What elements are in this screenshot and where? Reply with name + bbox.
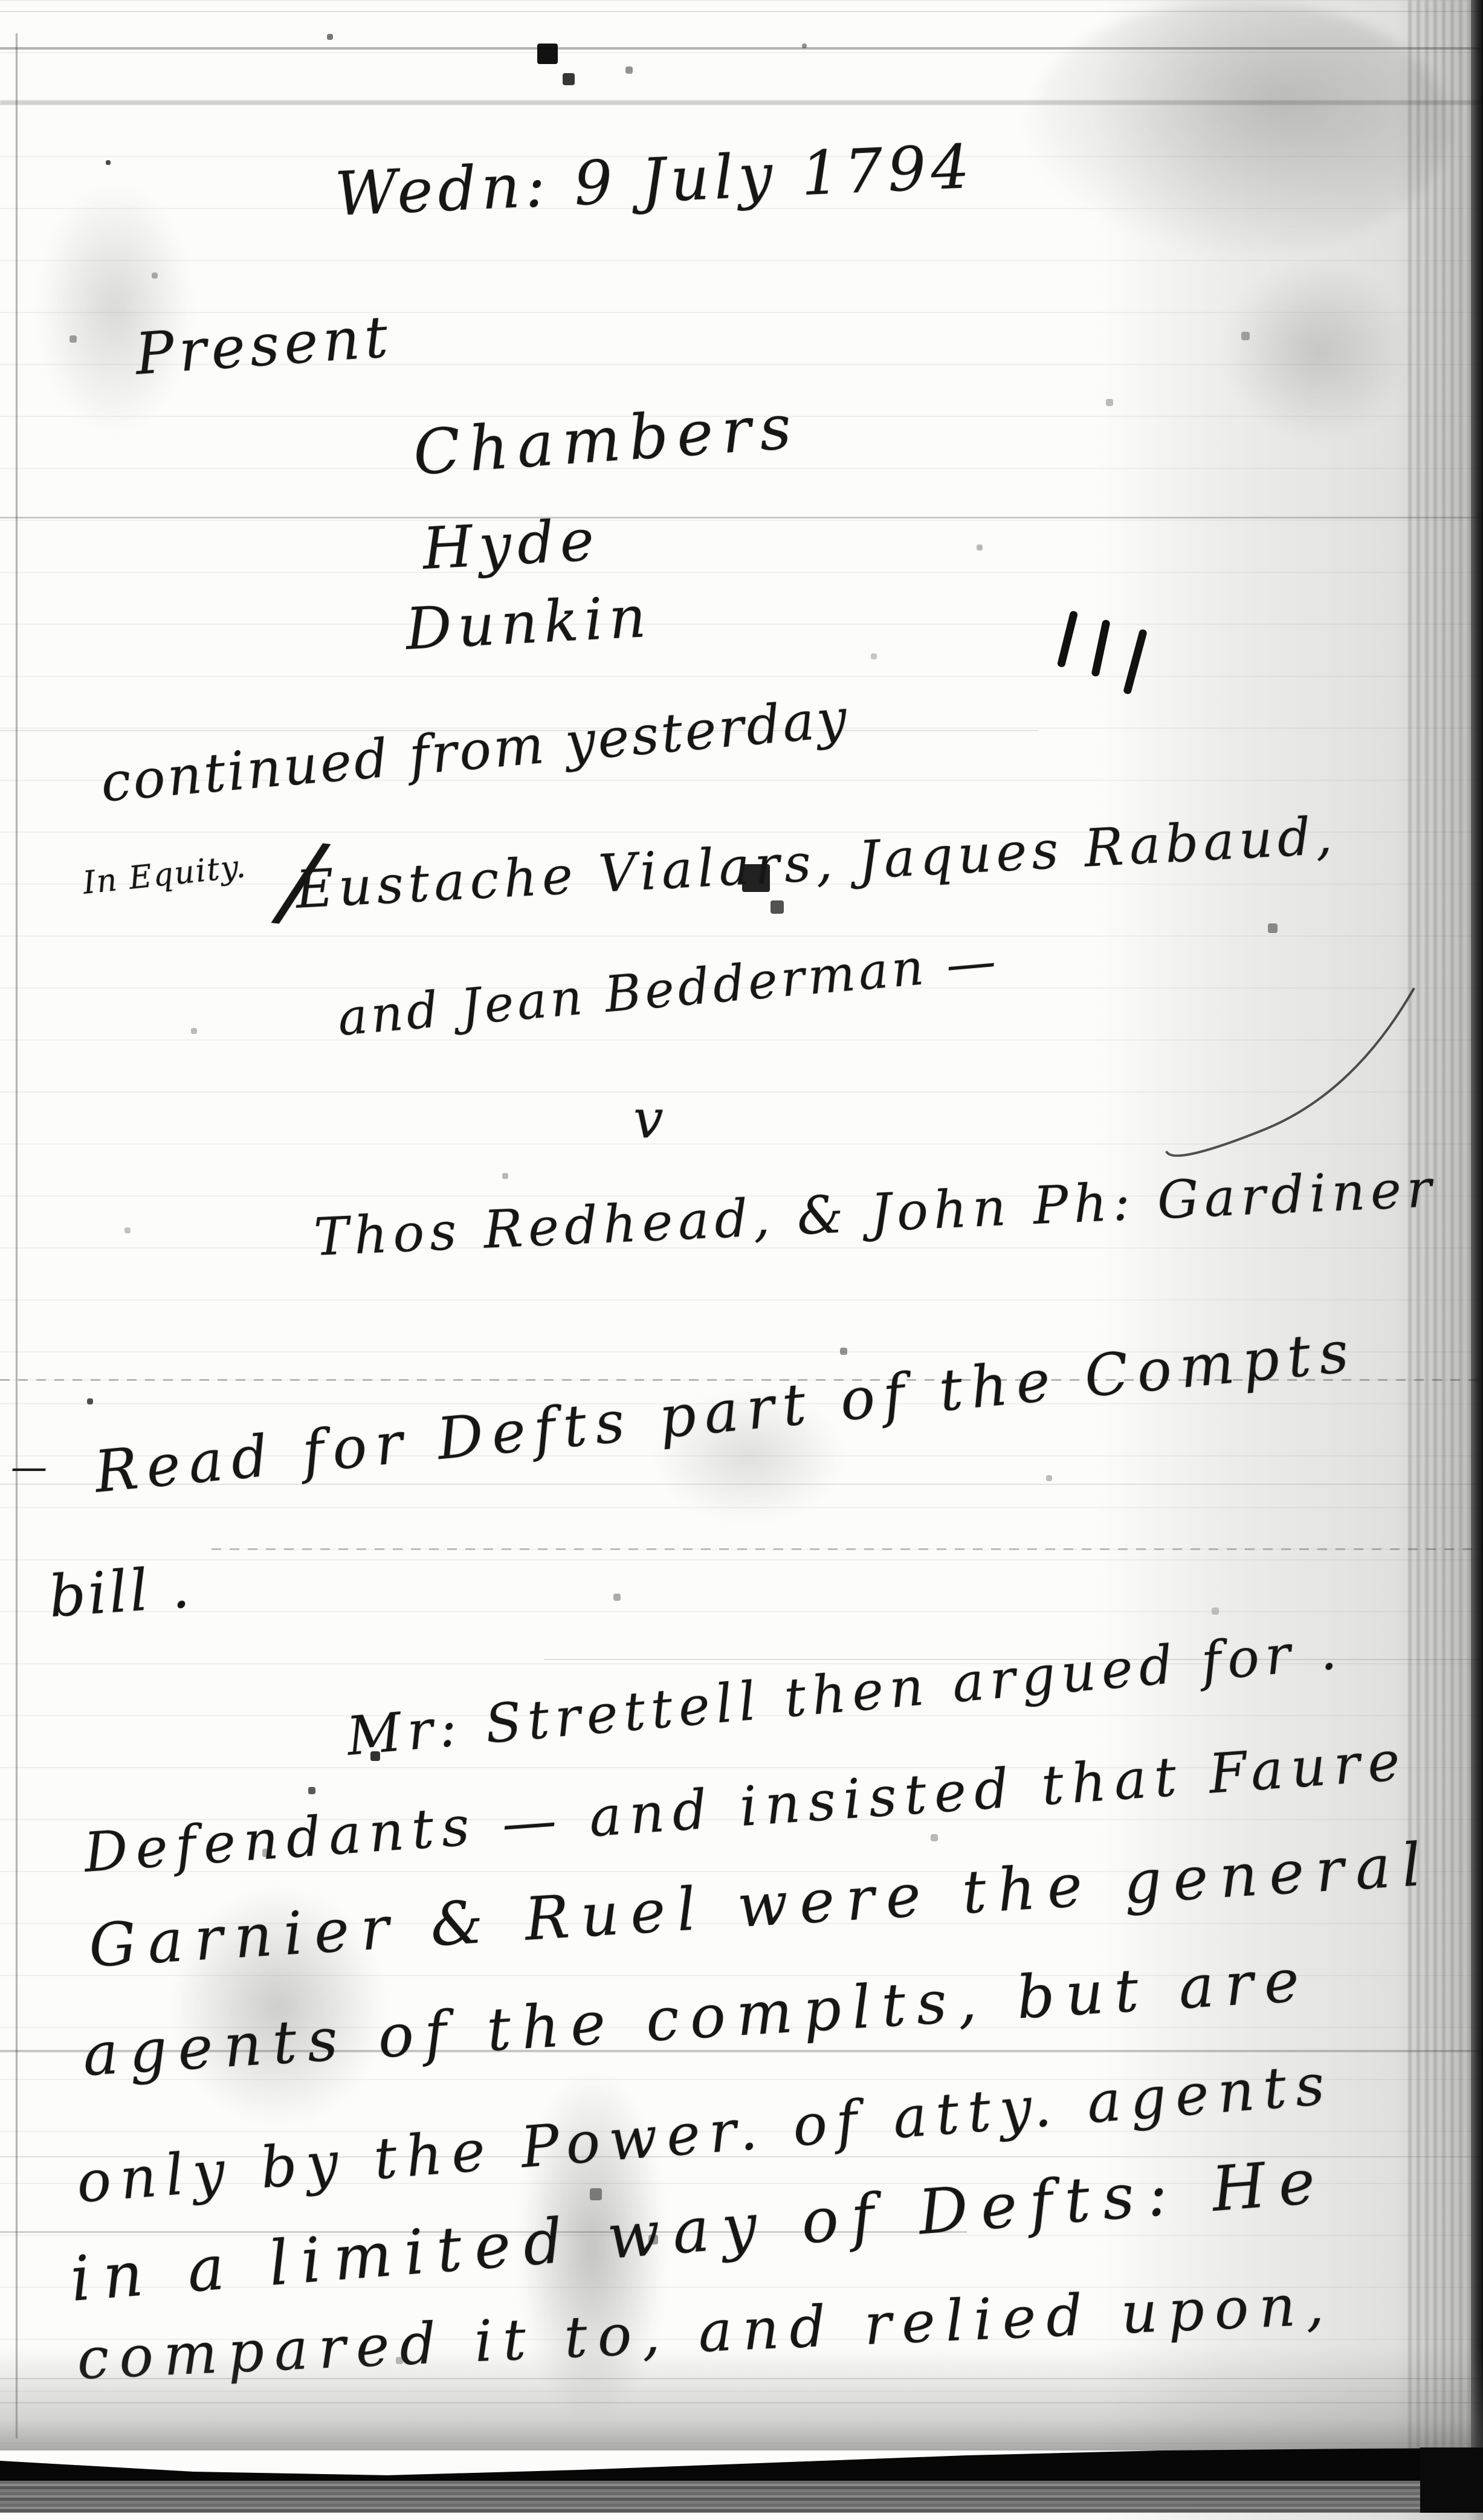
scan-streak <box>212 1548 1483 1550</box>
present-label: Present <box>134 308 394 383</box>
judge-name-chambers: Chambers <box>412 396 802 485</box>
gutter-bar <box>1471 0 1483 2451</box>
ink-speckles <box>0 0 1 1</box>
ink-stroke <box>1057 610 1079 668</box>
ink-tally-strokes <box>1064 604 1197 713</box>
judge-name-hyde: Hyde <box>421 512 601 578</box>
proceedings-line-2: bill . <box>47 1559 193 1626</box>
margin-dash: — <box>11 1449 47 1485</box>
continuation-note: continued from yesterday <box>99 691 851 810</box>
paper-smudge <box>1221 260 1414 441</box>
date-heading: Wedn: 9 July 1794 <box>334 137 975 225</box>
scan-streak <box>0 517 1483 519</box>
gutter-corner <box>1420 2447 1483 2513</box>
paper-smudge <box>1027 0 1450 254</box>
manuscript-page: Wedn: 9 July 1794 Present Chambers Hyde … <box>0 0 1483 2520</box>
pen-arc <box>1154 979 1426 1160</box>
versus-mark: v <box>633 1093 664 1146</box>
defendants-line: Thos Redhead, & John Ph: Gardiner <box>313 1163 1438 1264</box>
page-edge-line <box>16 33 18 2438</box>
ink-stroke <box>1123 628 1148 695</box>
judge-name-dunkin: Dunkin <box>404 589 653 659</box>
plaintiffs-line-2: and Jean Bedderman — <box>336 936 1001 1043</box>
paper-smudge <box>36 181 193 435</box>
bottom-shadow-gradient <box>0 2345 1483 2451</box>
margin-annotation: In Equity. <box>82 851 248 899</box>
book-page-edges <box>0 2481 1420 2513</box>
plaintiffs-line-1: Eustache Vialars, Jaques Rabaud, <box>294 810 1338 916</box>
proceedings-line-3: Mr: Strettell then argued for . <box>344 1623 1344 1763</box>
ink-stroke <box>1091 619 1110 677</box>
